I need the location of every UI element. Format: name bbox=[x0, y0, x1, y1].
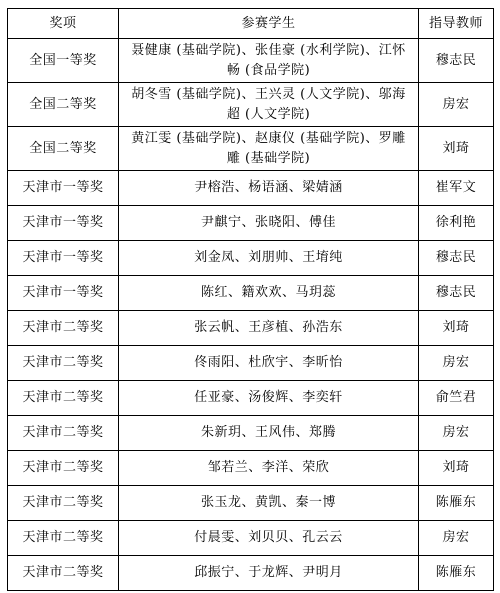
award-cell: 天津市一等奖 bbox=[8, 276, 119, 311]
award-cell: 天津市二等奖 bbox=[8, 486, 119, 521]
students-cell: 张玉龙、黄凯、秦一博 bbox=[119, 486, 419, 521]
table-row: 天津市二等奖 张玉龙、黄凯、秦一博 陈雁东 bbox=[8, 486, 494, 521]
table-row: 天津市二等奖 朱新玥、王风伟、郑腾 房宏 bbox=[8, 416, 494, 451]
table-row: 天津市一等奖 尹榕浩、杨语涵、梁婧涵 崔军文 bbox=[8, 171, 494, 206]
students-cell: 陈红、籍欢欢、马玥蕊 bbox=[119, 276, 419, 311]
table-row: 天津市二等奖 张云帆、王彦植、孙浩东 刘琦 bbox=[8, 311, 494, 346]
award-cell: 天津市二等奖 bbox=[8, 521, 119, 556]
award-cell: 天津市二等奖 bbox=[8, 556, 119, 591]
students-cell: 张云帆、王彦植、孙浩东 bbox=[119, 311, 419, 346]
table-row: 全国一等奖 聂健康 (基础学院)、张佳豪 (水利学院)、江怀畅 (食品学院) 穆… bbox=[8, 39, 494, 83]
students-cell: 尹麒宁、张晓阳、傅佳 bbox=[119, 206, 419, 241]
award-cell: 天津市二等奖 bbox=[8, 451, 119, 486]
students-cell: 邹若兰、李洋、荣欣 bbox=[119, 451, 419, 486]
teacher-cell: 穆志民 bbox=[419, 276, 494, 311]
teacher-cell: 徐利艳 bbox=[419, 206, 494, 241]
teacher-cell: 刘琦 bbox=[419, 311, 494, 346]
teacher-cell: 房宏 bbox=[419, 346, 494, 381]
award-cell: 天津市二等奖 bbox=[8, 311, 119, 346]
table-row: 天津市二等奖 邹若兰、李洋、荣欣 刘琦 bbox=[8, 451, 494, 486]
table-header: 奖项 参赛学生 指导教师 bbox=[8, 9, 494, 39]
teacher-cell: 穆志民 bbox=[419, 241, 494, 276]
table-row: 天津市一等奖 陈红、籍欢欢、马玥蕊 穆志民 bbox=[8, 276, 494, 311]
award-cell: 天津市一等奖 bbox=[8, 171, 119, 206]
award-cell: 全国二等奖 bbox=[8, 127, 119, 171]
table-row: 天津市一等奖 刘金凤、刘朋帅、王堉纯 穆志民 bbox=[8, 241, 494, 276]
students-cell: 付晨雯、刘贝贝、孔云云 bbox=[119, 521, 419, 556]
awards-table: 奖项 参赛学生 指导教师 全国一等奖 聂健康 (基础学院)、张佳豪 (水利学院)… bbox=[7, 8, 494, 591]
table-row: 天津市二等奖 佟雨阳、杜欣宇、李昕怡 房宏 bbox=[8, 346, 494, 381]
award-cell: 全国二等奖 bbox=[8, 83, 119, 127]
column-header-students: 参赛学生 bbox=[119, 9, 419, 39]
table-row: 天津市二等奖 付晨雯、刘贝贝、孔云云 房宏 bbox=[8, 521, 494, 556]
teacher-cell: 崔军文 bbox=[419, 171, 494, 206]
teacher-cell: 陈雁东 bbox=[419, 486, 494, 521]
table-row: 全国二等奖 胡冬雪 (基础学院)、王兴灵 (人文学院)、邬海超 (人文学院) 房… bbox=[8, 83, 494, 127]
column-header-teacher: 指导教师 bbox=[419, 9, 494, 39]
column-header-award: 奖项 bbox=[8, 9, 119, 39]
teacher-cell: 陈雁东 bbox=[419, 556, 494, 591]
award-cell: 天津市一等奖 bbox=[8, 241, 119, 276]
teacher-cell: 房宏 bbox=[419, 521, 494, 556]
teacher-cell: 房宏 bbox=[419, 416, 494, 451]
table-row: 天津市二等奖 任亚豪、汤俊辉、李奕轩 俞竺君 bbox=[8, 381, 494, 416]
header-row: 奖项 参赛学生 指导教师 bbox=[8, 9, 494, 39]
award-cell: 天津市二等奖 bbox=[8, 346, 119, 381]
students-cell: 黄江雯 (基础学院)、赵康仪 (基础学院)、罗雕雕 (基础学院) bbox=[119, 127, 419, 171]
teacher-cell: 房宏 bbox=[419, 83, 494, 127]
table-body: 全国一等奖 聂健康 (基础学院)、张佳豪 (水利学院)、江怀畅 (食品学院) 穆… bbox=[8, 39, 494, 591]
students-cell: 朱新玥、王风伟、郑腾 bbox=[119, 416, 419, 451]
students-cell: 任亚豪、汤俊辉、李奕轩 bbox=[119, 381, 419, 416]
students-cell: 佟雨阳、杜欣宇、李昕怡 bbox=[119, 346, 419, 381]
award-cell: 天津市一等奖 bbox=[8, 206, 119, 241]
students-cell: 邱振宁、于龙辉、尹明月 bbox=[119, 556, 419, 591]
teacher-cell: 刘琦 bbox=[419, 127, 494, 171]
teacher-cell: 俞竺君 bbox=[419, 381, 494, 416]
students-cell: 胡冬雪 (基础学院)、王兴灵 (人文学院)、邬海超 (人文学院) bbox=[119, 83, 419, 127]
award-cell: 天津市二等奖 bbox=[8, 416, 119, 451]
award-cell: 全国一等奖 bbox=[8, 39, 119, 83]
teacher-cell: 刘琦 bbox=[419, 451, 494, 486]
award-cell: 天津市二等奖 bbox=[8, 381, 119, 416]
table-row: 天津市一等奖 尹麒宁、张晓阳、傅佳 徐利艳 bbox=[8, 206, 494, 241]
students-cell: 刘金凤、刘朋帅、王堉纯 bbox=[119, 241, 419, 276]
students-cell: 尹榕浩、杨语涵、梁婧涵 bbox=[119, 171, 419, 206]
table-row: 全国二等奖 黄江雯 (基础学院)、赵康仪 (基础学院)、罗雕雕 (基础学院) 刘… bbox=[8, 127, 494, 171]
teacher-cell: 穆志民 bbox=[419, 39, 494, 83]
students-cell: 聂健康 (基础学院)、张佳豪 (水利学院)、江怀畅 (食品学院) bbox=[119, 39, 419, 83]
table-row: 天津市二等奖 邱振宁、于龙辉、尹明月 陈雁东 bbox=[8, 556, 494, 591]
